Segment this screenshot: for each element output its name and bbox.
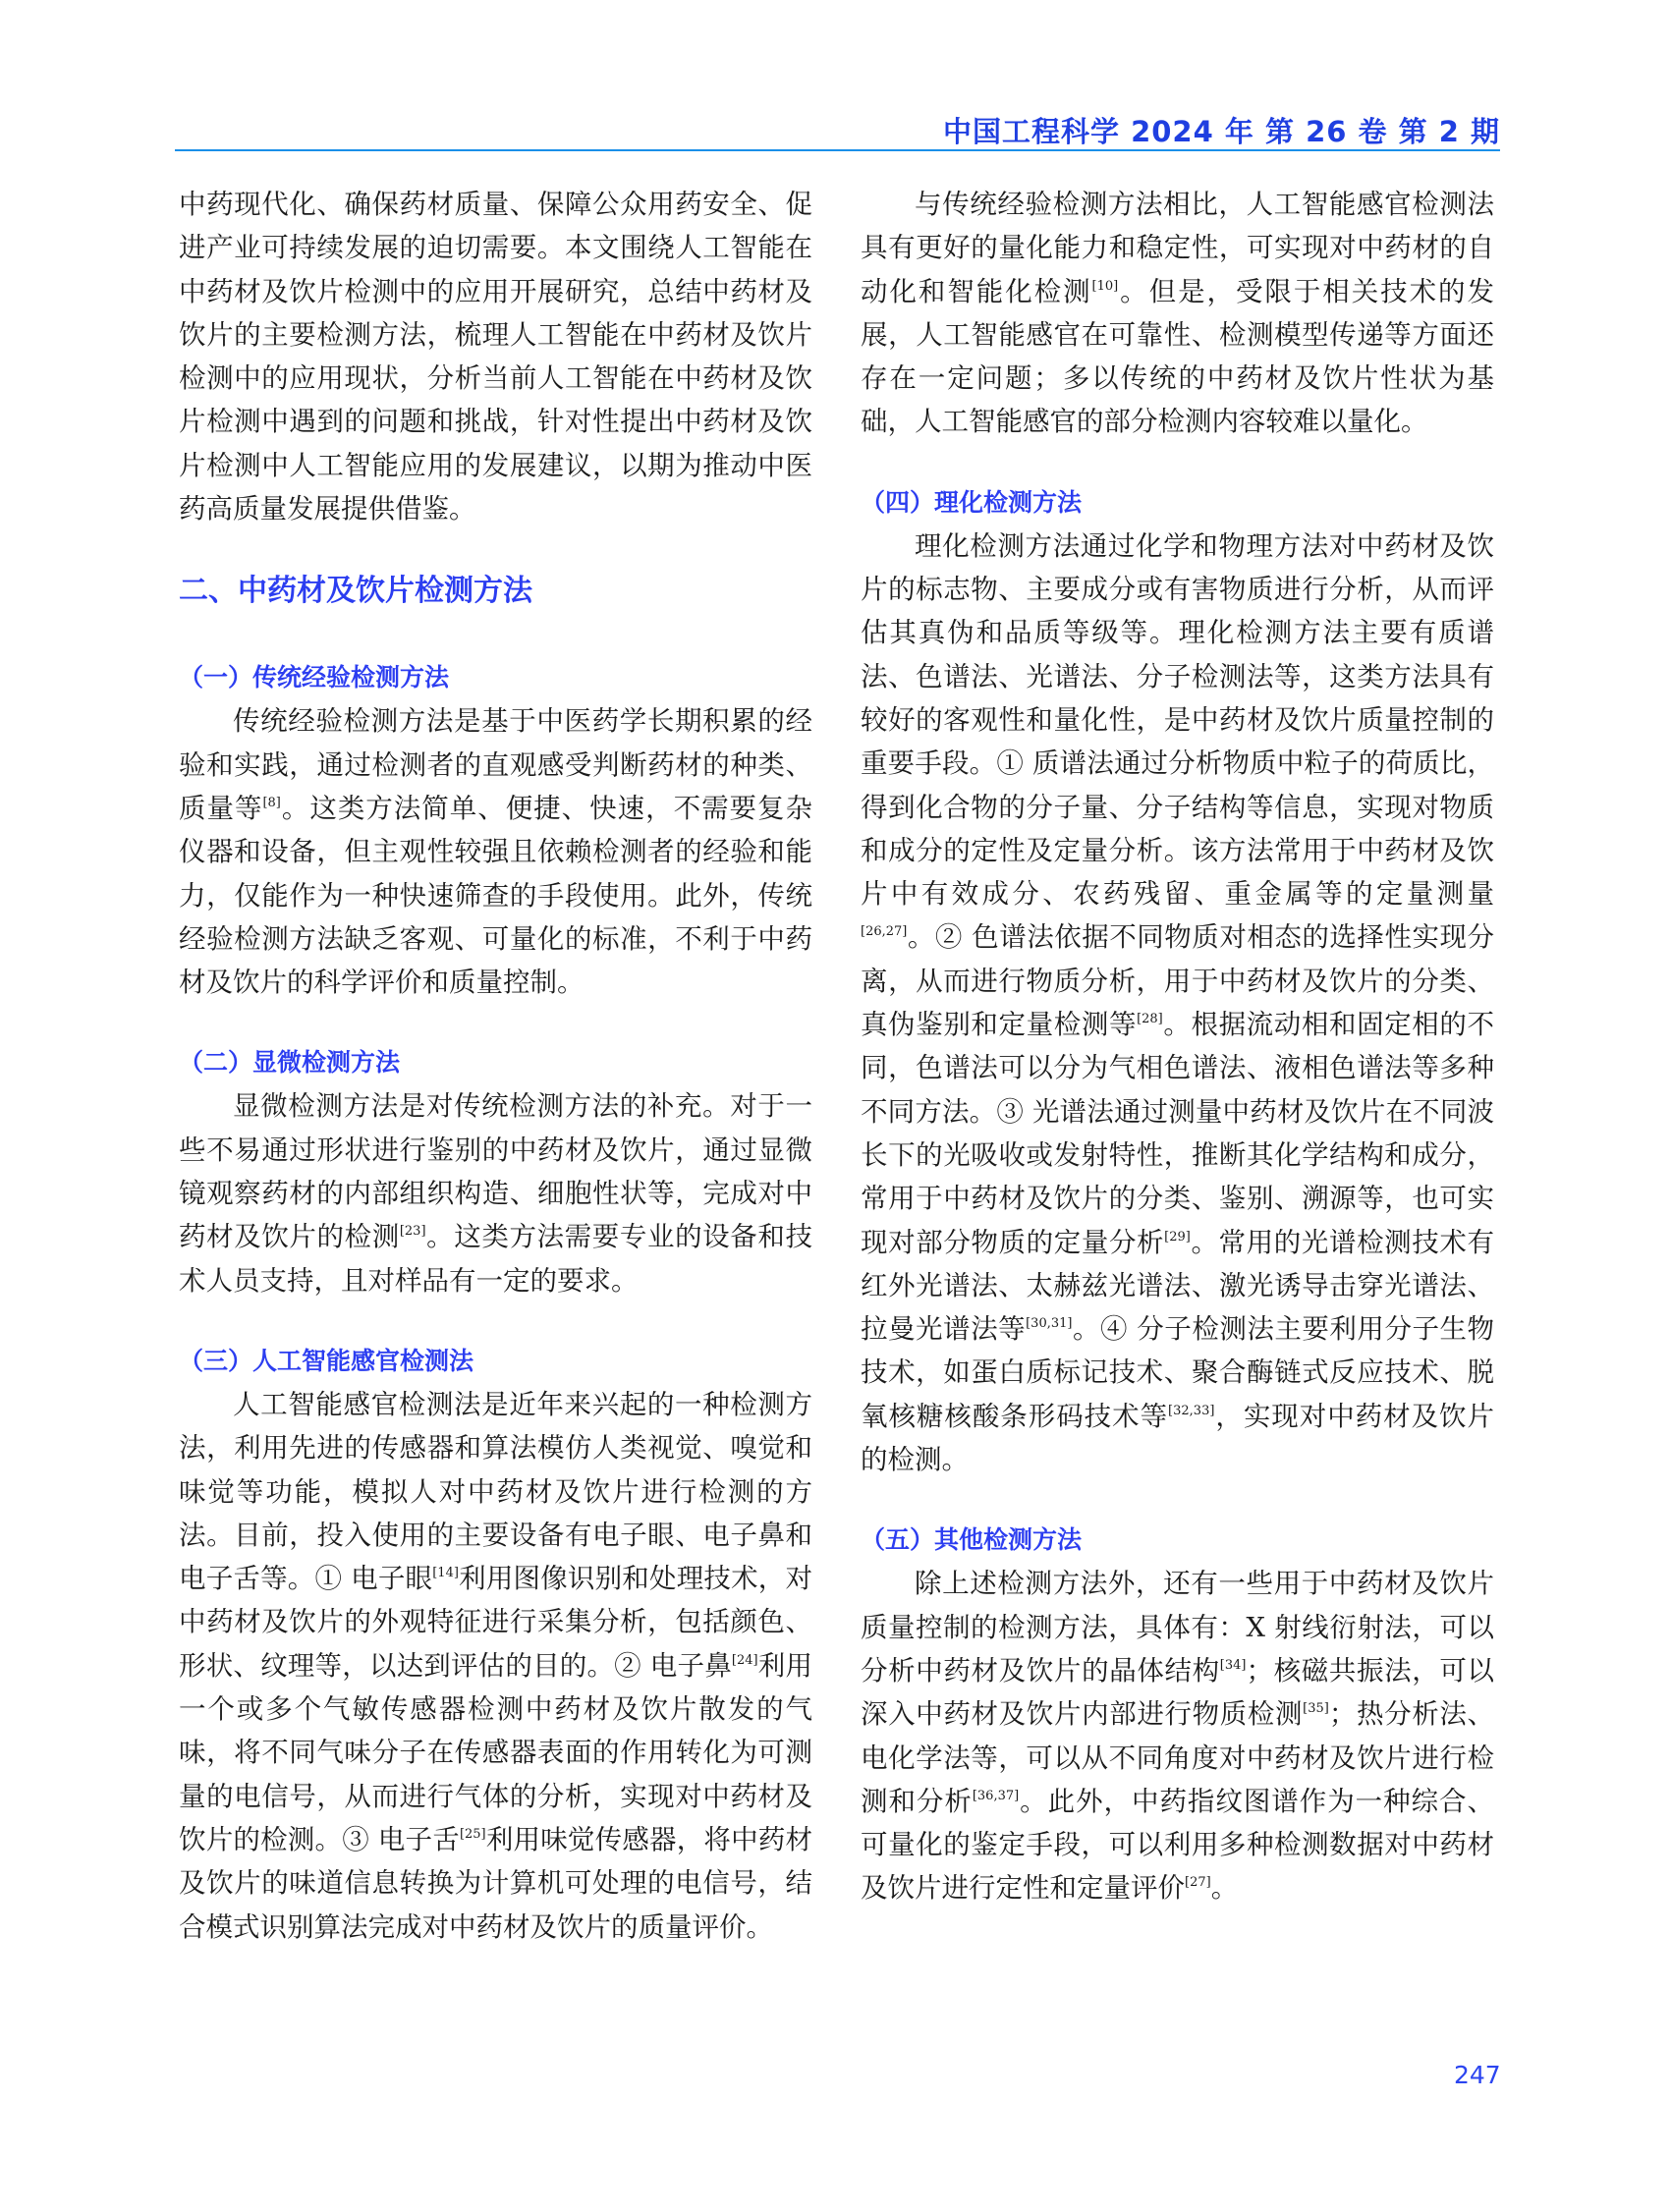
citation[interactable]: [34] xyxy=(1220,1658,1247,1673)
paragraph-ai-sensory-comparison: 与传统经验检测方法相比，人工智能感官检测法具有更好的量化能力和稳定性，可实现对中… xyxy=(861,183,1494,444)
right-column: 与传统经验检测方法相比，人工智能感官检测法具有更好的量化能力和稳定性，可实现对中… xyxy=(861,183,1494,1910)
citation[interactable]: [30,31] xyxy=(1026,1316,1072,1331)
citation[interactable]: [10] xyxy=(1092,279,1119,294)
citation[interactable]: [24] xyxy=(732,1653,758,1668)
citation[interactable]: [27] xyxy=(1185,1875,1211,1890)
paragraph-ai-sensory-method: 人工智能感官检测法是近年来兴起的一种检测方法，利用先进的传感器和算法模仿人类视觉… xyxy=(179,1383,812,1949)
subsection-heading-1: （一）传统经验检测方法 xyxy=(179,656,812,699)
section-heading-2: 二、中药材及饮片检测方法 xyxy=(179,570,812,613)
citation[interactable]: [28] xyxy=(1137,1012,1163,1026)
citation[interactable]: [26,27] xyxy=(861,924,907,939)
citation[interactable]: [8] xyxy=(262,796,280,810)
paragraph-microscopic-method: 显微检测方法是对传统检测方法的补充。对于一些不易通过形状进行鉴别的中药材及饮片，… xyxy=(179,1084,812,1301)
citation[interactable]: [35] xyxy=(1303,1701,1329,1716)
subsection-heading-3: （三）人工智能感官检测法 xyxy=(179,1340,812,1383)
citation[interactable]: [32,33] xyxy=(1168,1404,1214,1418)
header-divider xyxy=(175,149,1500,151)
citation[interactable]: [14] xyxy=(432,1566,459,1580)
paragraph-traditional-method: 传统经验检测方法是基于中医药学长期积累的经验和实践，通过检测者的直观感受判断药材… xyxy=(179,699,812,1004)
left-column: 中药现代化、确保药材质量、保障公众用药安全、促进产业可持续发展的迫切需要。本文围… xyxy=(179,183,812,1949)
journal-issue-line: 中国工程科学 2024 年 第 26 卷 第 2 期 xyxy=(943,110,1500,150)
paragraph-other-methods: 除上述检测方法外，还有一些用于中药材及饮片质量控制的检测方法，具体有：X 射线衍… xyxy=(861,1562,1494,1909)
intro-paragraph: 中药现代化、确保药材质量、保障公众用药安全、促进产业可持续发展的迫切需要。本文围… xyxy=(179,183,812,530)
citation[interactable]: [29] xyxy=(1164,1230,1191,1244)
subsection-heading-4: （四）理化检测方法 xyxy=(861,481,1494,525)
running-header: 中国工程科学 2024 年 第 26 卷 第 2 期 xyxy=(175,110,1500,149)
page-number: 247 xyxy=(1454,2061,1501,2089)
paragraph-physicochemical-method: 理化检测方法通过化学和物理方法对中药材及饮片的标志物、主要成分或有害物质进行分析… xyxy=(861,525,1494,1482)
citation[interactable]: [25] xyxy=(460,1827,486,1842)
subsection-heading-2: （二）显微检测方法 xyxy=(179,1041,812,1084)
citation[interactable]: [36,37] xyxy=(973,1789,1019,1803)
subsection-heading-5: （五）其他检测方法 xyxy=(861,1519,1494,1562)
citation[interactable]: [23] xyxy=(400,1224,426,1239)
